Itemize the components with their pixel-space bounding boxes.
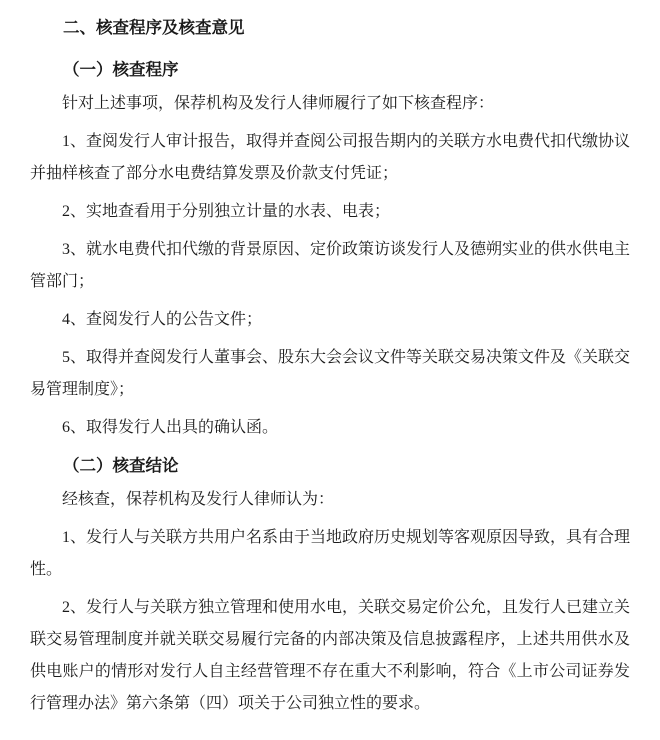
conclusion-item-2: 2、发行人与关联方独立管理和使用水电，关联交易定价公允，且发行人已建立关联交易管… <box>30 592 630 720</box>
document-page: 二、核查程序及核查意见 （一）核查程序 针对上述事项，保荐机构及发行人律师履行了… <box>0 0 660 740</box>
procedure-item-1: 1、查阅发行人审计报告，取得并查阅公司报告期内的关联方水电费代扣代缴协议并抽样核… <box>30 126 630 190</box>
procedures-intro: 针对上述事项，保荐机构及发行人律师履行了如下核查程序： <box>30 88 630 120</box>
procedure-item-6: 6、取得发行人出具的确认函。 <box>30 412 630 444</box>
conclusions-intro: 经核查，保荐机构及发行人律师认为： <box>30 484 630 516</box>
procedure-item-5: 5、取得并查阅发行人董事会、股东大会会议文件等关联交易决策文件及《关联交易管理制… <box>30 342 630 406</box>
procedure-item-3: 3、就水电费代扣代缴的背景原因、定价政策访谈发行人及德朔实业的供水供电主管部门； <box>30 234 630 298</box>
conclusion-item-1: 1、发行人与关联方共用户名系由于当地政府历史规划等客观原因导致，具有合理性。 <box>30 522 630 586</box>
procedure-item-4: 4、查阅发行人的公告文件； <box>30 304 630 336</box>
procedure-item-2: 2、实地查看用于分别独立计量的水表、电表； <box>30 196 630 228</box>
section-conclusions-heading: （二）核查结论 <box>30 450 630 482</box>
section-procedures-heading: （一）核查程序 <box>30 54 630 86</box>
main-heading: 二、核查程序及核查意见 <box>30 12 630 44</box>
